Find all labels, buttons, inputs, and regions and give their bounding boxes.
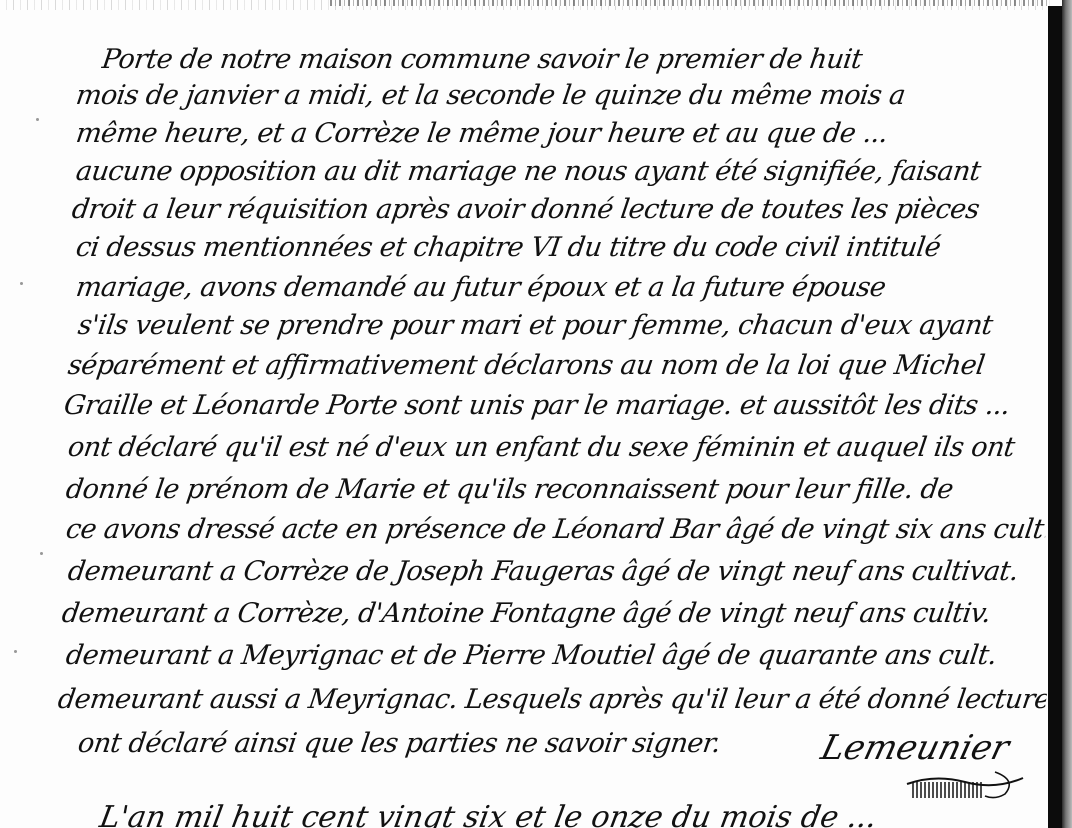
paraph-mark — [912, 782, 982, 798]
page-binding-shadow — [1062, 0, 1072, 828]
page-binding-edge — [1048, 6, 1062, 828]
text-line: même heure, et a Corrèze le même jour he… — [74, 118, 1048, 149]
scan-speck — [36, 118, 39, 121]
text-line: demeurant aussi a Meyrignac. Lesquels ap… — [56, 684, 1048, 715]
scanned-register-page: Porte de notre maison commune savoir le … — [0, 0, 1072, 828]
text-line: ci dessus mentionnées et chapitre VI du … — [74, 232, 1048, 263]
text-line: aucune opposition au dit mariage ne nous… — [74, 156, 1048, 187]
text-line: demeurant a Meyrignac et de Pierre Mouti… — [64, 640, 1048, 671]
scan-speck — [20, 282, 23, 285]
text-line: ont déclaré ainsi que les parties ne sav… — [76, 728, 800, 759]
text-line: mariage, avons demandé au futur époux et… — [74, 272, 1048, 303]
text-line: Porte de notre maison commune savoir le … — [100, 44, 1044, 75]
text-line: s'ils veulent se prendre pour mari et po… — [76, 310, 1048, 341]
next-entry-partial: L'an mil huit cent vingt six et le onze … — [97, 800, 880, 828]
handwritten-text-body: Porte de notre maison commune savoir le … — [0, 0, 1048, 828]
text-line: donné le prénom de Marie et qu'ils recon… — [64, 474, 1048, 505]
scan-speck — [40, 552, 43, 555]
signature: Lemeunier — [817, 728, 1013, 768]
text-line: séparément et affirmativement déclarons … — [66, 350, 1048, 381]
text-line: Graille et Léonarde Porte sont unis par … — [62, 390, 1048, 421]
text-line: droit a leur réquisition après avoir don… — [70, 194, 1049, 225]
text-line: ce avons dressé acte en présence de Léon… — [64, 514, 1048, 545]
scan-speck — [14, 650, 17, 653]
text-line: ont déclaré qu'il est né d'eux un enfant… — [66, 432, 1048, 463]
text-line: demeurant a Corrèze, d'Antoine Fontagne … — [60, 598, 1048, 629]
text-line: mois de janvier a midi, et la seconde le… — [74, 80, 1048, 111]
text-line: demeurant a Corrèze de Joseph Faugeras â… — [66, 556, 1048, 587]
